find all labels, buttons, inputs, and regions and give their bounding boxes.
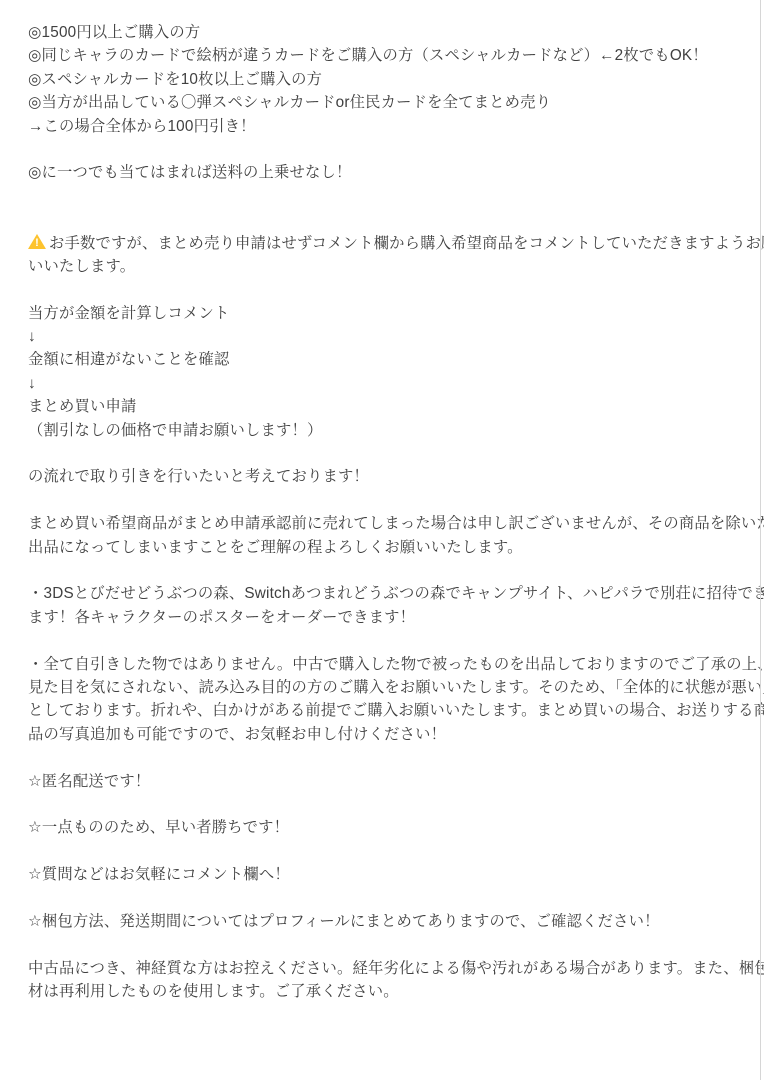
warning-note: お手数ですが、まとめ売り申請はせずコメント欄から購入希望商品をコメントしていただ… bbox=[28, 232, 750, 279]
text-line: 金額に相違がないことを確認 bbox=[28, 348, 750, 371]
text-line: ◎当方が出品している〇弾スペシャルカードor住民カードを全てまとめ売り bbox=[28, 91, 750, 114]
text-line: の流れで取り引きを行いたいと考えております！ bbox=[28, 465, 750, 488]
text-line: ↓ bbox=[28, 372, 750, 395]
anonymous-shipping-note: ☆匿名配送です！ bbox=[28, 770, 750, 793]
text-line: →この場合全体から100円引き！ bbox=[28, 115, 750, 138]
purchase-flow: 当方が金額を計算しコメント↓金額に相違がないことを確認↓まとめ買い申請（割引なし… bbox=[28, 302, 750, 442]
text-line: 見た目を気にされない、読み込み目的の方のご購入をお願いいたします。そのため、「全… bbox=[28, 676, 750, 699]
packaging-profile-note: ☆梱包方法、発送期間についてはプロフィールにまとめてありますので、ご確認ください… bbox=[28, 910, 750, 933]
text-line: としております。折れや、白かけがある前提でご購入お願いいたします。まとめ買いの場… bbox=[28, 699, 750, 722]
card-features-note: ・3DSとびだせどうぶつの森、Switchあつまれどうぶつの森でキャンプサイト、… bbox=[28, 582, 750, 629]
text-line: 出品になってしまいますことをご理解の程よろしくお願いいたします。 bbox=[28, 536, 750, 559]
text-line: ◎に一つでも当てはまれば送料の上乗せなし！ bbox=[28, 161, 750, 184]
text-line: ☆匿名配送です！ bbox=[28, 770, 750, 793]
shipping-surcharge-note: ◎に一つでも当てはまれば送料の上乗せなし！ bbox=[28, 161, 750, 184]
used-item-disclaimer: 中古品につき、神経質な方はお控えください。経年劣化による傷や汚れがある場合があり… bbox=[28, 957, 750, 1004]
text-line: 材は再利用したものを使用します。ご了承ください。 bbox=[28, 980, 750, 1003]
sold-before-approval-note: まとめ買い希望商品がまとめ申請承認前に売れてしまった場合は申し訳ございませんが、… bbox=[28, 512, 750, 559]
text-line: まとめ買い希望商品がまとめ申請承認前に売れてしまった場合は申し訳ございませんが、… bbox=[28, 512, 750, 535]
warning-icon bbox=[28, 234, 46, 250]
condition-disclaimer: ・全て自引きした物ではありません。中古で購入した物で被ったものを出品しております… bbox=[28, 653, 750, 747]
text-line: まとめ買い申請 bbox=[28, 395, 750, 418]
text-line: ☆質問などはお気軽にコメント欄へ！ bbox=[28, 863, 750, 886]
text-line: 品の写真追加も可能ですので、お気軽お申し付けください！ bbox=[28, 723, 750, 746]
content-right-divider bbox=[760, 0, 761, 1080]
text-line: ☆一点もののため、早い者勝ちです！ bbox=[28, 816, 750, 839]
text-line: いいたします。 bbox=[28, 255, 750, 278]
text-line: ↓ bbox=[28, 325, 750, 348]
bulk-discount-conditions: ◎1500円以上ご購入の方◎同じキャラのカードで絵柄が違うカードをご購入の方（ス… bbox=[28, 21, 750, 138]
questions-note: ☆質問などはお気軽にコメント欄へ！ bbox=[28, 863, 750, 886]
text-line: ・3DSとびだせどうぶつの森、Switchあつまれどうぶつの森でキャンプサイト、… bbox=[28, 582, 750, 605]
text-line: ます！各キャラクターのポスターをオーダーできます！ bbox=[28, 606, 750, 629]
text-line: 中古品につき、神経質な方はお控えください。経年劣化による傷や汚れがある場合があり… bbox=[28, 957, 750, 980]
text-line: ☆梱包方法、発送期間についてはプロフィールにまとめてありますので、ご確認ください… bbox=[28, 910, 750, 933]
text-line: ◎スペシャルカードを10枚以上ご購入の方 bbox=[28, 68, 750, 91]
item-description: ◎1500円以上ご購入の方◎同じキャラのカードで絵柄が違うカードをご購入の方（ス… bbox=[28, 21, 750, 1003]
text-line: 当方が金額を計算しコメント bbox=[28, 302, 750, 325]
flow-closing-note: の流れで取り引きを行いたいと考えております！ bbox=[28, 465, 750, 488]
text-line: お手数ですが、まとめ売り申請はせずコメント欄から購入希望商品をコメントしていただ… bbox=[28, 232, 750, 255]
text-line: （割引なしの価格で申請お願いします！） bbox=[28, 419, 750, 442]
text-line: ◎1500円以上ご購入の方 bbox=[28, 21, 750, 44]
text-line: ・全て自引きした物ではありません。中古で購入した物で被ったものを出品しております… bbox=[28, 653, 750, 676]
first-come-note: ☆一点もののため、早い者勝ちです！ bbox=[28, 816, 750, 839]
text-line: ◎同じキャラのカードで絵柄が違うカードをご購入の方（スペシャルカードなど）←2枚… bbox=[28, 44, 750, 67]
